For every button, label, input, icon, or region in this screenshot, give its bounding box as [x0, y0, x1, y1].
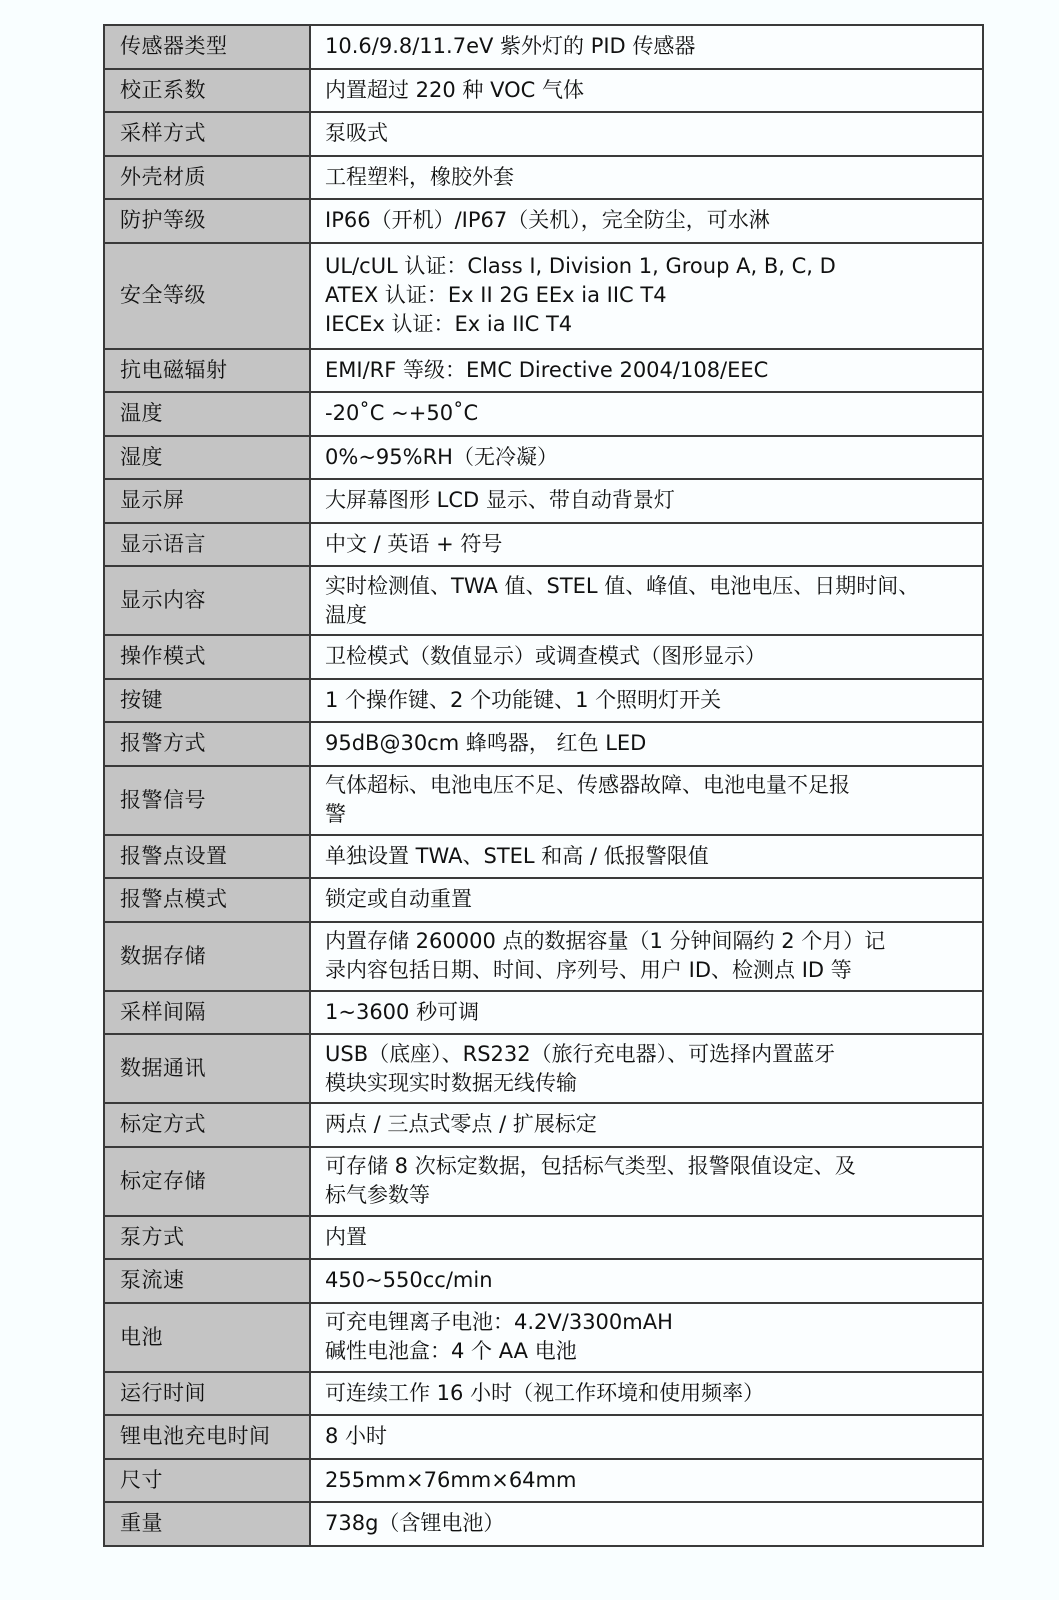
spec-value: 泵吸式 [310, 112, 983, 156]
table-row: 防护等级 IP66（开机）/IP67（关机），完全防尘，可水淋 [104, 199, 983, 243]
spec-label: 采样方式 [104, 112, 310, 156]
spec-value: EMI/RF 等级：EMC Directive 2004/108/EEC [310, 349, 983, 393]
spec-value: 可存储 8 次标定数据，包括标气类型、报警限值设定、及 标气参数等 [310, 1147, 983, 1216]
spec-label: 传感器类型 [104, 25, 310, 69]
table-row: 显示语言 中文 / 英语 + 符号 [104, 523, 983, 567]
spec-label: 报警点设置 [104, 835, 310, 879]
spec-value: 锁定或自动重置 [310, 878, 983, 922]
spec-value: 0%~95%RH（无冷凝） [310, 436, 983, 480]
spec-value: 内置超过 220 种 VOC 气体 [310, 69, 983, 113]
spec-label: 防护等级 [104, 199, 310, 243]
spec-value: 450~550cc/min [310, 1259, 983, 1303]
spec-label: 报警信号 [104, 766, 310, 835]
spec-label: 标定存储 [104, 1147, 310, 1216]
spec-value: 实时检测值、TWA 值、STEL 值、峰值、电池电压、日期时间、 温度 [310, 566, 983, 635]
spec-value: UL/cUL 认证：Class I, Division 1, Group A, … [310, 243, 983, 349]
spec-label: 数据存储 [104, 922, 310, 991]
table-row: 湿度 0%~95%RH（无冷凝） [104, 436, 983, 480]
table-row: 采样方式 泵吸式 [104, 112, 983, 156]
spec-value: 可连续工作 16 小时（视工作环境和使用频率） [310, 1372, 983, 1416]
table-row: 数据存储 内置存储 260000 点的数据容量（1 分钟间隔约 2 个月）记 录… [104, 922, 983, 991]
spec-label: 湿度 [104, 436, 310, 480]
spec-value: -20˚C ~+50˚C [310, 392, 983, 436]
table-row: 电池 可充电锂离子电池：4.2V/3300mAH 碱性电池盒：4 个 AA 电池 [104, 1303, 983, 1372]
table-row: 按键 1 个操作键、2 个功能键、1 个照明灯开关 [104, 679, 983, 723]
table-row: 报警信号 气体超标、电池电压不足、传感器故障、电池电量不足报 警 [104, 766, 983, 835]
table-row: 报警点设置 单独设置 TWA、STEL 和高 / 低报警限值 [104, 835, 983, 879]
spec-table-body: 传感器类型 10.6/9.8/11.7eV 紫外灯的 PID 传感器 校正系数 … [104, 25, 983, 1546]
table-row: 重量 738g（含锂电池） [104, 1502, 983, 1546]
table-row: 温度 -20˚C ~+50˚C [104, 392, 983, 436]
spec-label: 标定方式 [104, 1103, 310, 1147]
spec-value: 两点 / 三点式零点 / 扩展标定 [310, 1103, 983, 1147]
table-row: 数据通讯 USB（底座）、RS232（旅行充电器）、可选择内置蓝牙 模块实现实时… [104, 1034, 983, 1103]
spec-label: 电池 [104, 1303, 310, 1372]
spec-value: 1~3600 秒可调 [310, 991, 983, 1035]
spec-label: 泵方式 [104, 1216, 310, 1260]
table-row: 抗电磁辐射 EMI/RF 等级：EMC Directive 2004/108/E… [104, 349, 983, 393]
table-row: 运行时间 可连续工作 16 小时（视工作环境和使用频率） [104, 1372, 983, 1416]
spec-label: 重量 [104, 1502, 310, 1546]
spec-value: 单独设置 TWA、STEL 和高 / 低报警限值 [310, 835, 983, 879]
spec-value: 中文 / 英语 + 符号 [310, 523, 983, 567]
spec-value: 内置存储 260000 点的数据容量（1 分钟间隔约 2 个月）记 录内容包括日… [310, 922, 983, 991]
spec-label: 校正系数 [104, 69, 310, 113]
table-row: 安全等级 UL/cUL 认证：Class I, Division 1, Grou… [104, 243, 983, 349]
spec-value: 1 个操作键、2 个功能键、1 个照明灯开关 [310, 679, 983, 723]
spec-label: 尺寸 [104, 1459, 310, 1503]
spec-value: 95dB@30cm 蜂鸣器， 红色 LED [310, 722, 983, 766]
spec-label: 操作模式 [104, 635, 310, 679]
table-row: 报警点模式 锁定或自动重置 [104, 878, 983, 922]
table-row: 显示内容 实时检测值、TWA 值、STEL 值、峰值、电池电压、日期时间、 温度 [104, 566, 983, 635]
spec-label: 按键 [104, 679, 310, 723]
spec-table: 传感器类型 10.6/9.8/11.7eV 紫外灯的 PID 传感器 校正系数 … [103, 24, 984, 1547]
table-row: 报警方式 95dB@30cm 蜂鸣器， 红色 LED [104, 722, 983, 766]
spec-label: 显示屏 [104, 479, 310, 523]
spec-label: 温度 [104, 392, 310, 436]
spec-label: 显示内容 [104, 566, 310, 635]
table-row: 泵方式 内置 [104, 1216, 983, 1260]
spec-label: 外壳材质 [104, 156, 310, 200]
table-row: 泵流速 450~550cc/min [104, 1259, 983, 1303]
spec-value: 可充电锂离子电池：4.2V/3300mAH 碱性电池盒：4 个 AA 电池 [310, 1303, 983, 1372]
spec-label: 抗电磁辐射 [104, 349, 310, 393]
table-row: 显示屏 大屏幕图形 LCD 显示、带自动背景灯 [104, 479, 983, 523]
table-row: 外壳材质 工程塑料，橡胶外套 [104, 156, 983, 200]
spec-value: 8 小时 [310, 1415, 983, 1459]
table-row: 标定存储 可存储 8 次标定数据，包括标气类型、报警限值设定、及 标气参数等 [104, 1147, 983, 1216]
spec-value: IP66（开机）/IP67（关机），完全防尘，可水淋 [310, 199, 983, 243]
spec-value: 工程塑料，橡胶外套 [310, 156, 983, 200]
spec-value: 气体超标、电池电压不足、传感器故障、电池电量不足报 警 [310, 766, 983, 835]
spec-label: 锂电池充电时间 [104, 1415, 310, 1459]
spec-label: 数据通讯 [104, 1034, 310, 1103]
spec-value: 大屏幕图形 LCD 显示、带自动背景灯 [310, 479, 983, 523]
spec-label: 采样间隔 [104, 991, 310, 1035]
spec-label: 显示语言 [104, 523, 310, 567]
table-row: 操作模式 卫检模式（数值显示）或调查模式（图形显示） [104, 635, 983, 679]
table-row: 校正系数 内置超过 220 种 VOC 气体 [104, 69, 983, 113]
table-row: 传感器类型 10.6/9.8/11.7eV 紫外灯的 PID 传感器 [104, 25, 983, 69]
spec-value: USB（底座）、RS232（旅行充电器）、可选择内置蓝牙 模块实现实时数据无线传… [310, 1034, 983, 1103]
spec-label: 泵流速 [104, 1259, 310, 1303]
spec-value: 10.6/9.8/11.7eV 紫外灯的 PID 传感器 [310, 25, 983, 69]
spec-value: 255mm×76mm×64mm [310, 1459, 983, 1503]
table-row: 尺寸 255mm×76mm×64mm [104, 1459, 983, 1503]
spec-label: 安全等级 [104, 243, 310, 349]
table-row: 标定方式 两点 / 三点式零点 / 扩展标定 [104, 1103, 983, 1147]
spec-value: 738g（含锂电池） [310, 1502, 983, 1546]
spec-label: 报警方式 [104, 722, 310, 766]
spec-value: 卫检模式（数值显示）或调查模式（图形显示） [310, 635, 983, 679]
spec-label: 报警点模式 [104, 878, 310, 922]
spec-value: 内置 [310, 1216, 983, 1260]
table-row: 采样间隔 1~3600 秒可调 [104, 991, 983, 1035]
spec-label: 运行时间 [104, 1372, 310, 1416]
table-row: 锂电池充电时间 8 小时 [104, 1415, 983, 1459]
